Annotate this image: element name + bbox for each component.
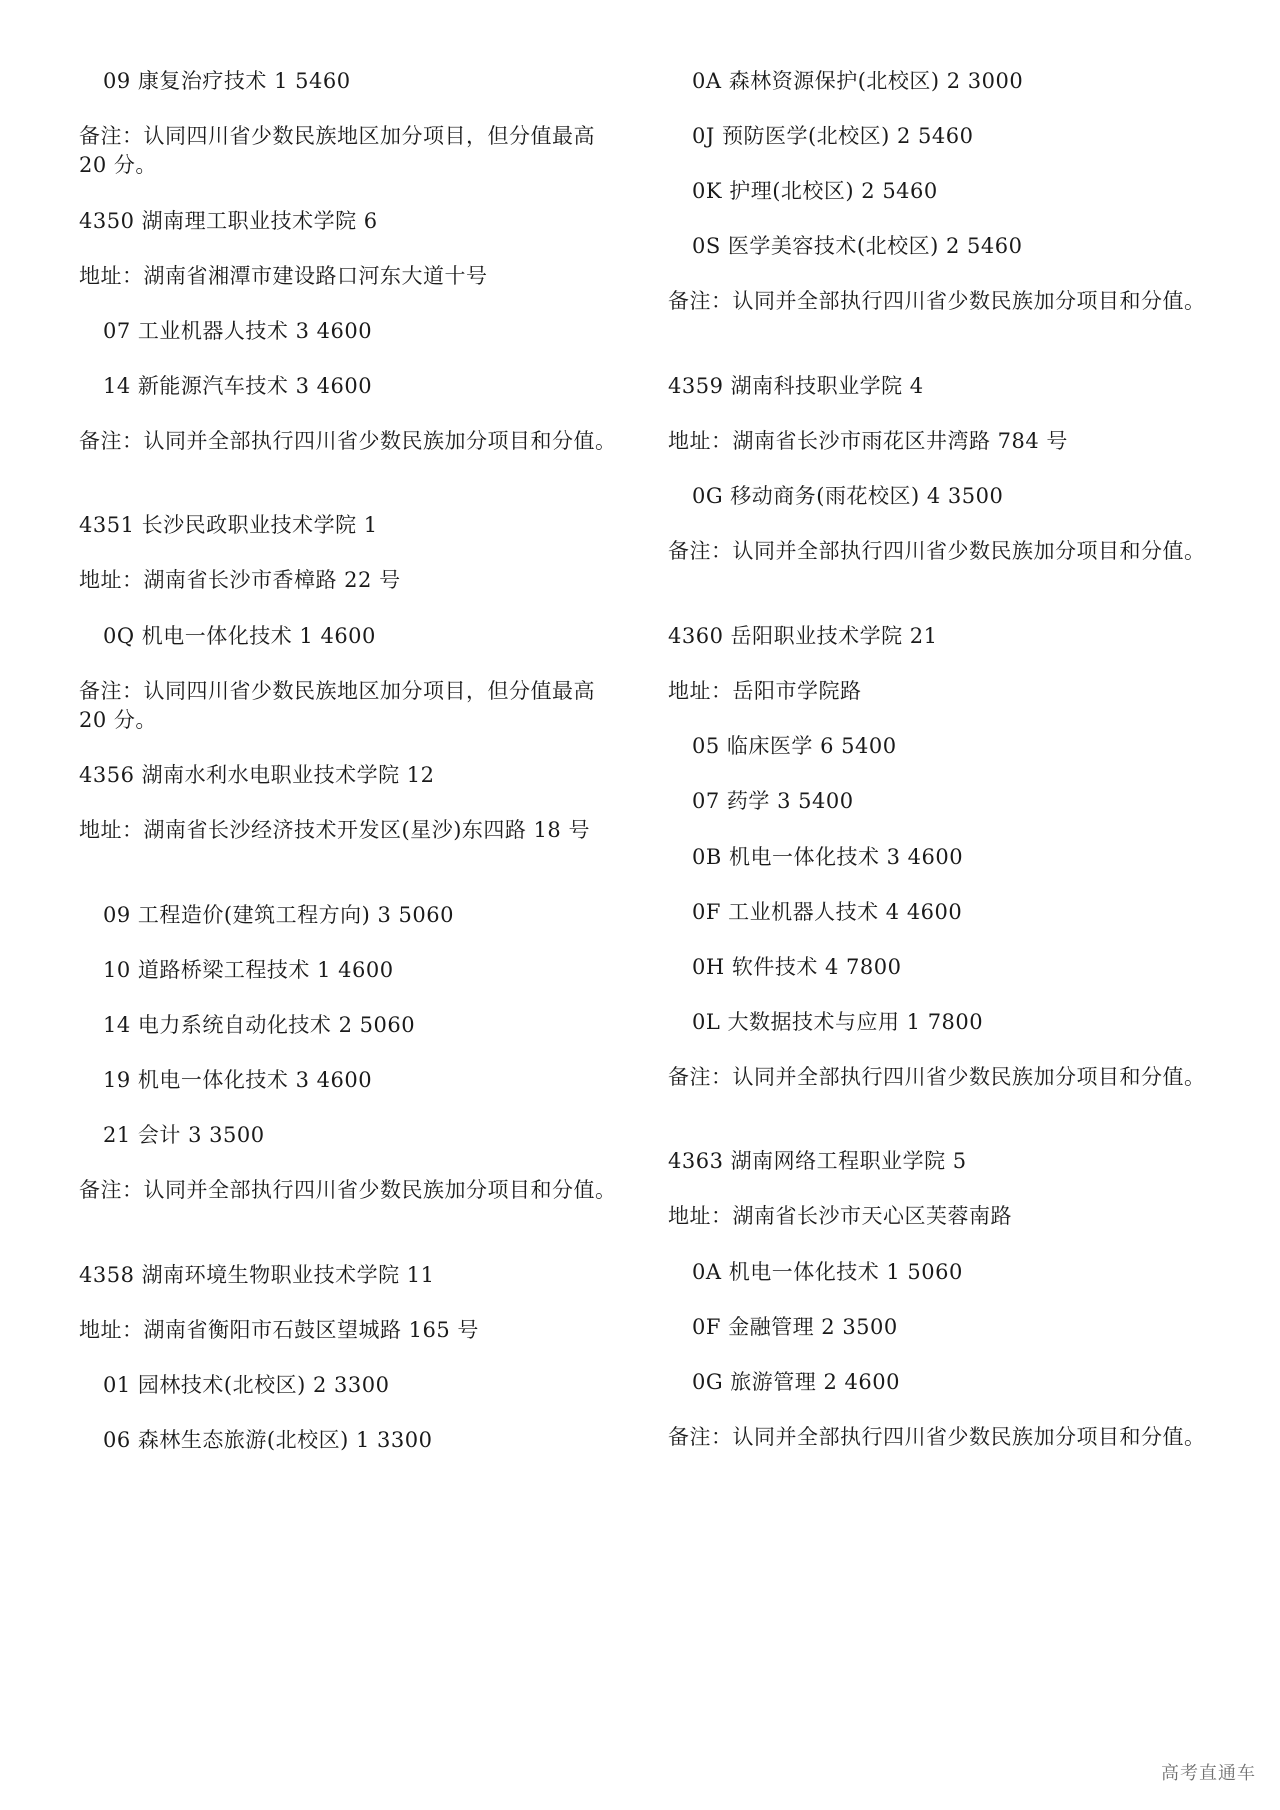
remark-note: 地址：湖南省长沙经济技术开发区(星沙)东四路 18 号 (79, 816, 627, 845)
major-entry: 21 会计 3 3500 (103, 1121, 265, 1150)
major-entry: 0K 护理(北校区) 2 5460 (692, 177, 938, 206)
major-entry: 0L 大数据技术与应用 1 7800 (692, 1008, 983, 1037)
major-entry: 09 工程造价(建筑工程方向) 3 5060 (103, 901, 454, 930)
school-heading: 4358 湖南环境生物职业技术学院 11 (79, 1261, 435, 1290)
major-entry: 14 新能源汽车技术 3 4600 (103, 372, 372, 401)
major-entry: 06 森林生态旅游(北校区) 1 3300 (103, 1426, 432, 1455)
major-entry: 0A 森林资源保护(北校区) 2 3000 (692, 67, 1023, 96)
remark-note: 备注：认同并全部执行四川省少数民族加分项目和分值。 (668, 1063, 1216, 1092)
remark-note: 备注：认同并全部执行四川省少数民族加分项目和分值。 (668, 537, 1216, 566)
remark-note: 备注：认同四川省少数民族地区加分项目，但分值最高 20 分。 (79, 122, 627, 180)
school-address: 地址：湖南省长沙市雨花区井湾路 784 号 (668, 427, 1068, 456)
school-address: 地址：湖南省湘潭市建设路口河东大道十号 (79, 262, 488, 291)
school-heading: 4363 湖南网络工程职业学院 5 (668, 1147, 967, 1176)
watermark-text: 高考直通车 (1161, 1759, 1256, 1785)
major-entry: 19 机电一体化技术 3 4600 (103, 1066, 372, 1095)
school-heading: 4351 长沙民政职业技术学院 1 (79, 511, 378, 540)
school-address: 地址：岳阳市学院路 (668, 677, 862, 706)
major-entry: 0G 移动商务(雨花校区) 4 3500 (692, 482, 1003, 511)
major-entry: 0F 金融管理 2 3500 (692, 1313, 898, 1342)
major-entry: 0H 软件技术 4 7800 (692, 953, 902, 982)
school-address: 地址：湖南省长沙市香樟路 22 号 (79, 566, 401, 595)
school-heading: 4350 湖南理工职业技术学院 6 (79, 207, 378, 236)
major-entry: 05 临床医学 6 5400 (692, 732, 897, 761)
remark-note: 备注：认同并全部执行四川省少数民族加分项目和分值。 (668, 1423, 1216, 1452)
school-heading: 4356 湖南水利水电职业技术学院 12 (79, 761, 435, 790)
major-entry: 07 药学 3 5400 (692, 787, 854, 816)
remark-note: 备注：认同并全部执行四川省少数民族加分项目和分值。 (668, 287, 1216, 316)
major-entry: 0F 工业机器人技术 4 4600 (692, 898, 962, 927)
remark-note: 备注：认同并全部执行四川省少数民族加分项目和分值。 (79, 1176, 627, 1205)
major-entry: 0B 机电一体化技术 3 4600 (692, 843, 963, 872)
school-address: 地址：湖南省长沙市天心区芙蓉南路 (668, 1202, 1012, 1231)
remark-note: 备注：认同并全部执行四川省少数民族加分项目和分值。 (79, 427, 627, 456)
school-heading: 4360 岳阳职业技术学院 21 (668, 622, 938, 651)
major-entry: 0Q 机电一体化技术 1 4600 (103, 622, 376, 651)
major-entry: 09 康复治疗技术 1 5460 (103, 67, 351, 96)
major-entry: 10 道路桥梁工程技术 1 4600 (103, 956, 394, 985)
major-entry: 0S 医学美容技术(北校区) 2 5460 (692, 232, 1022, 261)
school-heading: 4359 湖南科技职业学院 4 (668, 372, 924, 401)
major-entry: 14 电力系统自动化技术 2 5060 (103, 1011, 415, 1040)
major-entry: 0J 预防医学(北校区) 2 5460 (692, 122, 974, 151)
major-entry: 0G 旅游管理 2 4600 (692, 1368, 900, 1397)
remark-note: 备注：认同四川省少数民族地区加分项目，但分值最高 20 分。 (79, 677, 627, 735)
school-address: 地址：湖南省衡阳市石鼓区望城路 165 号 (79, 1316, 479, 1345)
major-entry: 07 工业机器人技术 3 4600 (103, 317, 372, 346)
major-entry: 0A 机电一体化技术 1 5060 (692, 1258, 963, 1287)
major-entry: 01 园林技术(北校区) 2 3300 (103, 1371, 389, 1400)
